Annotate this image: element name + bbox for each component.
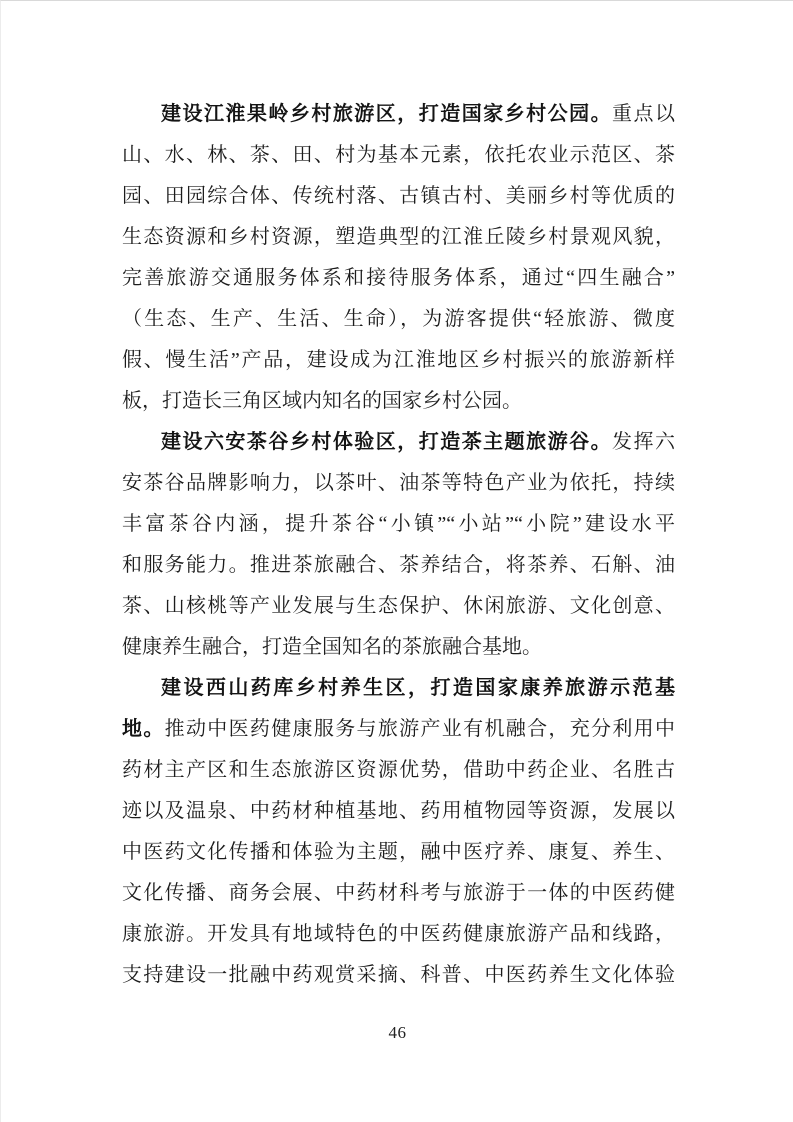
text-line: 中医药文化传播和体验为主题，融中医疗养、康复、养生、 bbox=[122, 832, 675, 873]
text-line: 迹以及温泉、中药材种植基地、药用植物园等资源，发展以 bbox=[122, 791, 675, 832]
text-segment: 重点以 bbox=[612, 103, 675, 125]
document-body: 建设江淮果岭乡村旅游区，打造国家乡村公园。重点以山、水、林、茶、田、村为基本元素… bbox=[122, 94, 675, 996]
text-segment: 和服务能力。推进茶旅融合、茶养结合，将茶养、石斛、油 bbox=[122, 554, 675, 576]
text-line: 和服务能力。推进茶旅融合、茶养结合，将茶养、石斛、油 bbox=[122, 545, 675, 586]
text-segment: 康旅游。开发具有地域特色的中医药健康旅游产品和线路， bbox=[122, 923, 675, 945]
text-segment: 板，打造长三角区域内知名的国家乡村公园。 bbox=[122, 390, 522, 412]
text-line: 支持建设一批融中药观赏采摘、科普、中医药养生文化体验 bbox=[122, 955, 675, 996]
paragraph: 建设六安茶谷乡村体验区，打造茶主题旅游谷。发挥六安茶谷品牌影响力，以茶叶、油茶等… bbox=[122, 422, 675, 668]
page-number: 46 bbox=[1, 1021, 793, 1045]
text-line: 药材主产区和生态旅游区资源优势，借助中药企业、名胜古 bbox=[122, 750, 675, 791]
text-line: 康旅游。开发具有地域特色的中医药健康旅游产品和线路， bbox=[122, 914, 675, 955]
text-segment: 园、田园综合体、传统村落、古镇古村、美丽乡村等优质的 bbox=[122, 185, 675, 207]
text-segment: 支持建设一批融中药观赏采摘、科普、中医药养生文化体验 bbox=[122, 964, 675, 986]
text-segment: 完善旅游交通服务体系和接待服务体系，通过“四生融合” bbox=[122, 267, 675, 289]
text-line: 丰富茶谷内涵，提升茶谷“小镇”“小站”“小院”建设水平 bbox=[122, 504, 675, 545]
text-line: 建设西山药库乡村养生区，打造国家康养旅游示范基 bbox=[122, 668, 675, 709]
text-line: 完善旅游交通服务体系和接待服务体系，通过“四生融合” bbox=[122, 258, 675, 299]
text-line: 生态资源和乡村资源，塑造典型的江淮丘陵乡村景观风貌， bbox=[122, 217, 675, 258]
text-segment: 安茶谷品牌影响力，以茶叶、油茶等特色产业为依托，持续 bbox=[122, 472, 675, 494]
text-line: 健康养生融合，打造全国知名的茶旅融合基地。 bbox=[122, 627, 675, 668]
text-segment: 山、水、林、茶、田、村为基本元素，依托农业示范区、茶 bbox=[122, 144, 675, 166]
bold-text-segment: 建设六安茶谷乡村体验区，打造茶主题旅游谷。 bbox=[161, 431, 612, 453]
text-segment: （生态、生产、生活、生命），为游客提供“轻旅游、微度 bbox=[122, 308, 675, 330]
paragraph: 建设江淮果岭乡村旅游区，打造国家乡村公园。重点以山、水、林、茶、田、村为基本元素… bbox=[122, 94, 675, 422]
text-line: 园、田园综合体、传统村落、古镇古村、美丽乡村等优质的 bbox=[122, 176, 675, 217]
bold-text-segment: 建设西山药库乡村养生区，打造国家康养旅游示范基 bbox=[161, 677, 675, 699]
text-segment: 健康养生融合，打造全国知名的茶旅融合基地。 bbox=[122, 636, 542, 658]
text-segment: 药材主产区和生态旅游区资源优势，借助中药企业、名胜古 bbox=[122, 759, 675, 781]
text-line: 文化传播、商务会展、中药材科考与旅游于一体的中医药健 bbox=[122, 873, 675, 914]
document-page: 建设江淮果岭乡村旅游区，打造国家乡村公园。重点以山、水、林、茶、田、村为基本元素… bbox=[0, 0, 793, 1122]
text-segment: 文化传播、商务会展、中药材科考与旅游于一体的中医药健 bbox=[122, 882, 675, 904]
paragraph: 建设西山药库乡村养生区，打造国家康养旅游示范基地。推动中医药健康服务与旅游产业有… bbox=[122, 668, 675, 996]
text-line: 假、慢生活”产品，建设成为江淮地区乡村振兴的旅游新样 bbox=[122, 340, 675, 381]
bold-text-segment: 地。 bbox=[122, 718, 165, 740]
text-segment: 发挥六 bbox=[612, 431, 675, 453]
text-segment: 生态资源和乡村资源，塑造典型的江淮丘陵乡村景观风貌， bbox=[122, 226, 675, 248]
text-line: （生态、生产、生活、生命），为游客提供“轻旅游、微度 bbox=[122, 299, 675, 340]
text-line: 山、水、林、茶、田、村为基本元素，依托农业示范区、茶 bbox=[122, 135, 675, 176]
text-segment: 推动中医药健康服务与旅游产业有机融合，充分利用中 bbox=[165, 718, 675, 740]
text-segment: 丰富茶谷内涵，提升茶谷“小镇”“小站”“小院”建设水平 bbox=[122, 513, 675, 535]
text-segment: 假、慢生活”产品，建设成为江淮地区乡村振兴的旅游新样 bbox=[122, 349, 675, 371]
text-line: 茶、山核桃等产业发展与生态保护、休闲旅游、文化创意、 bbox=[122, 586, 675, 627]
text-line: 地。推动中医药健康服务与旅游产业有机融合，充分利用中 bbox=[122, 709, 675, 750]
text-line: 建设江淮果岭乡村旅游区，打造国家乡村公园。重点以 bbox=[122, 94, 675, 135]
text-line: 板，打造长三角区域内知名的国家乡村公园。 bbox=[122, 381, 675, 422]
text-segment: 中医药文化传播和体验为主题，融中医疗养、康复、养生、 bbox=[122, 841, 675, 863]
text-segment: 迹以及温泉、中药材种植基地、药用植物园等资源，发展以 bbox=[122, 800, 675, 822]
bold-text-segment: 建设江淮果岭乡村旅游区，打造国家乡村公园。 bbox=[161, 103, 612, 125]
text-line: 建设六安茶谷乡村体验区，打造茶主题旅游谷。发挥六 bbox=[122, 422, 675, 463]
text-line: 安茶谷品牌影响力，以茶叶、油茶等特色产业为依托，持续 bbox=[122, 463, 675, 504]
text-segment: 茶、山核桃等产业发展与生态保护、休闲旅游、文化创意、 bbox=[122, 595, 675, 617]
